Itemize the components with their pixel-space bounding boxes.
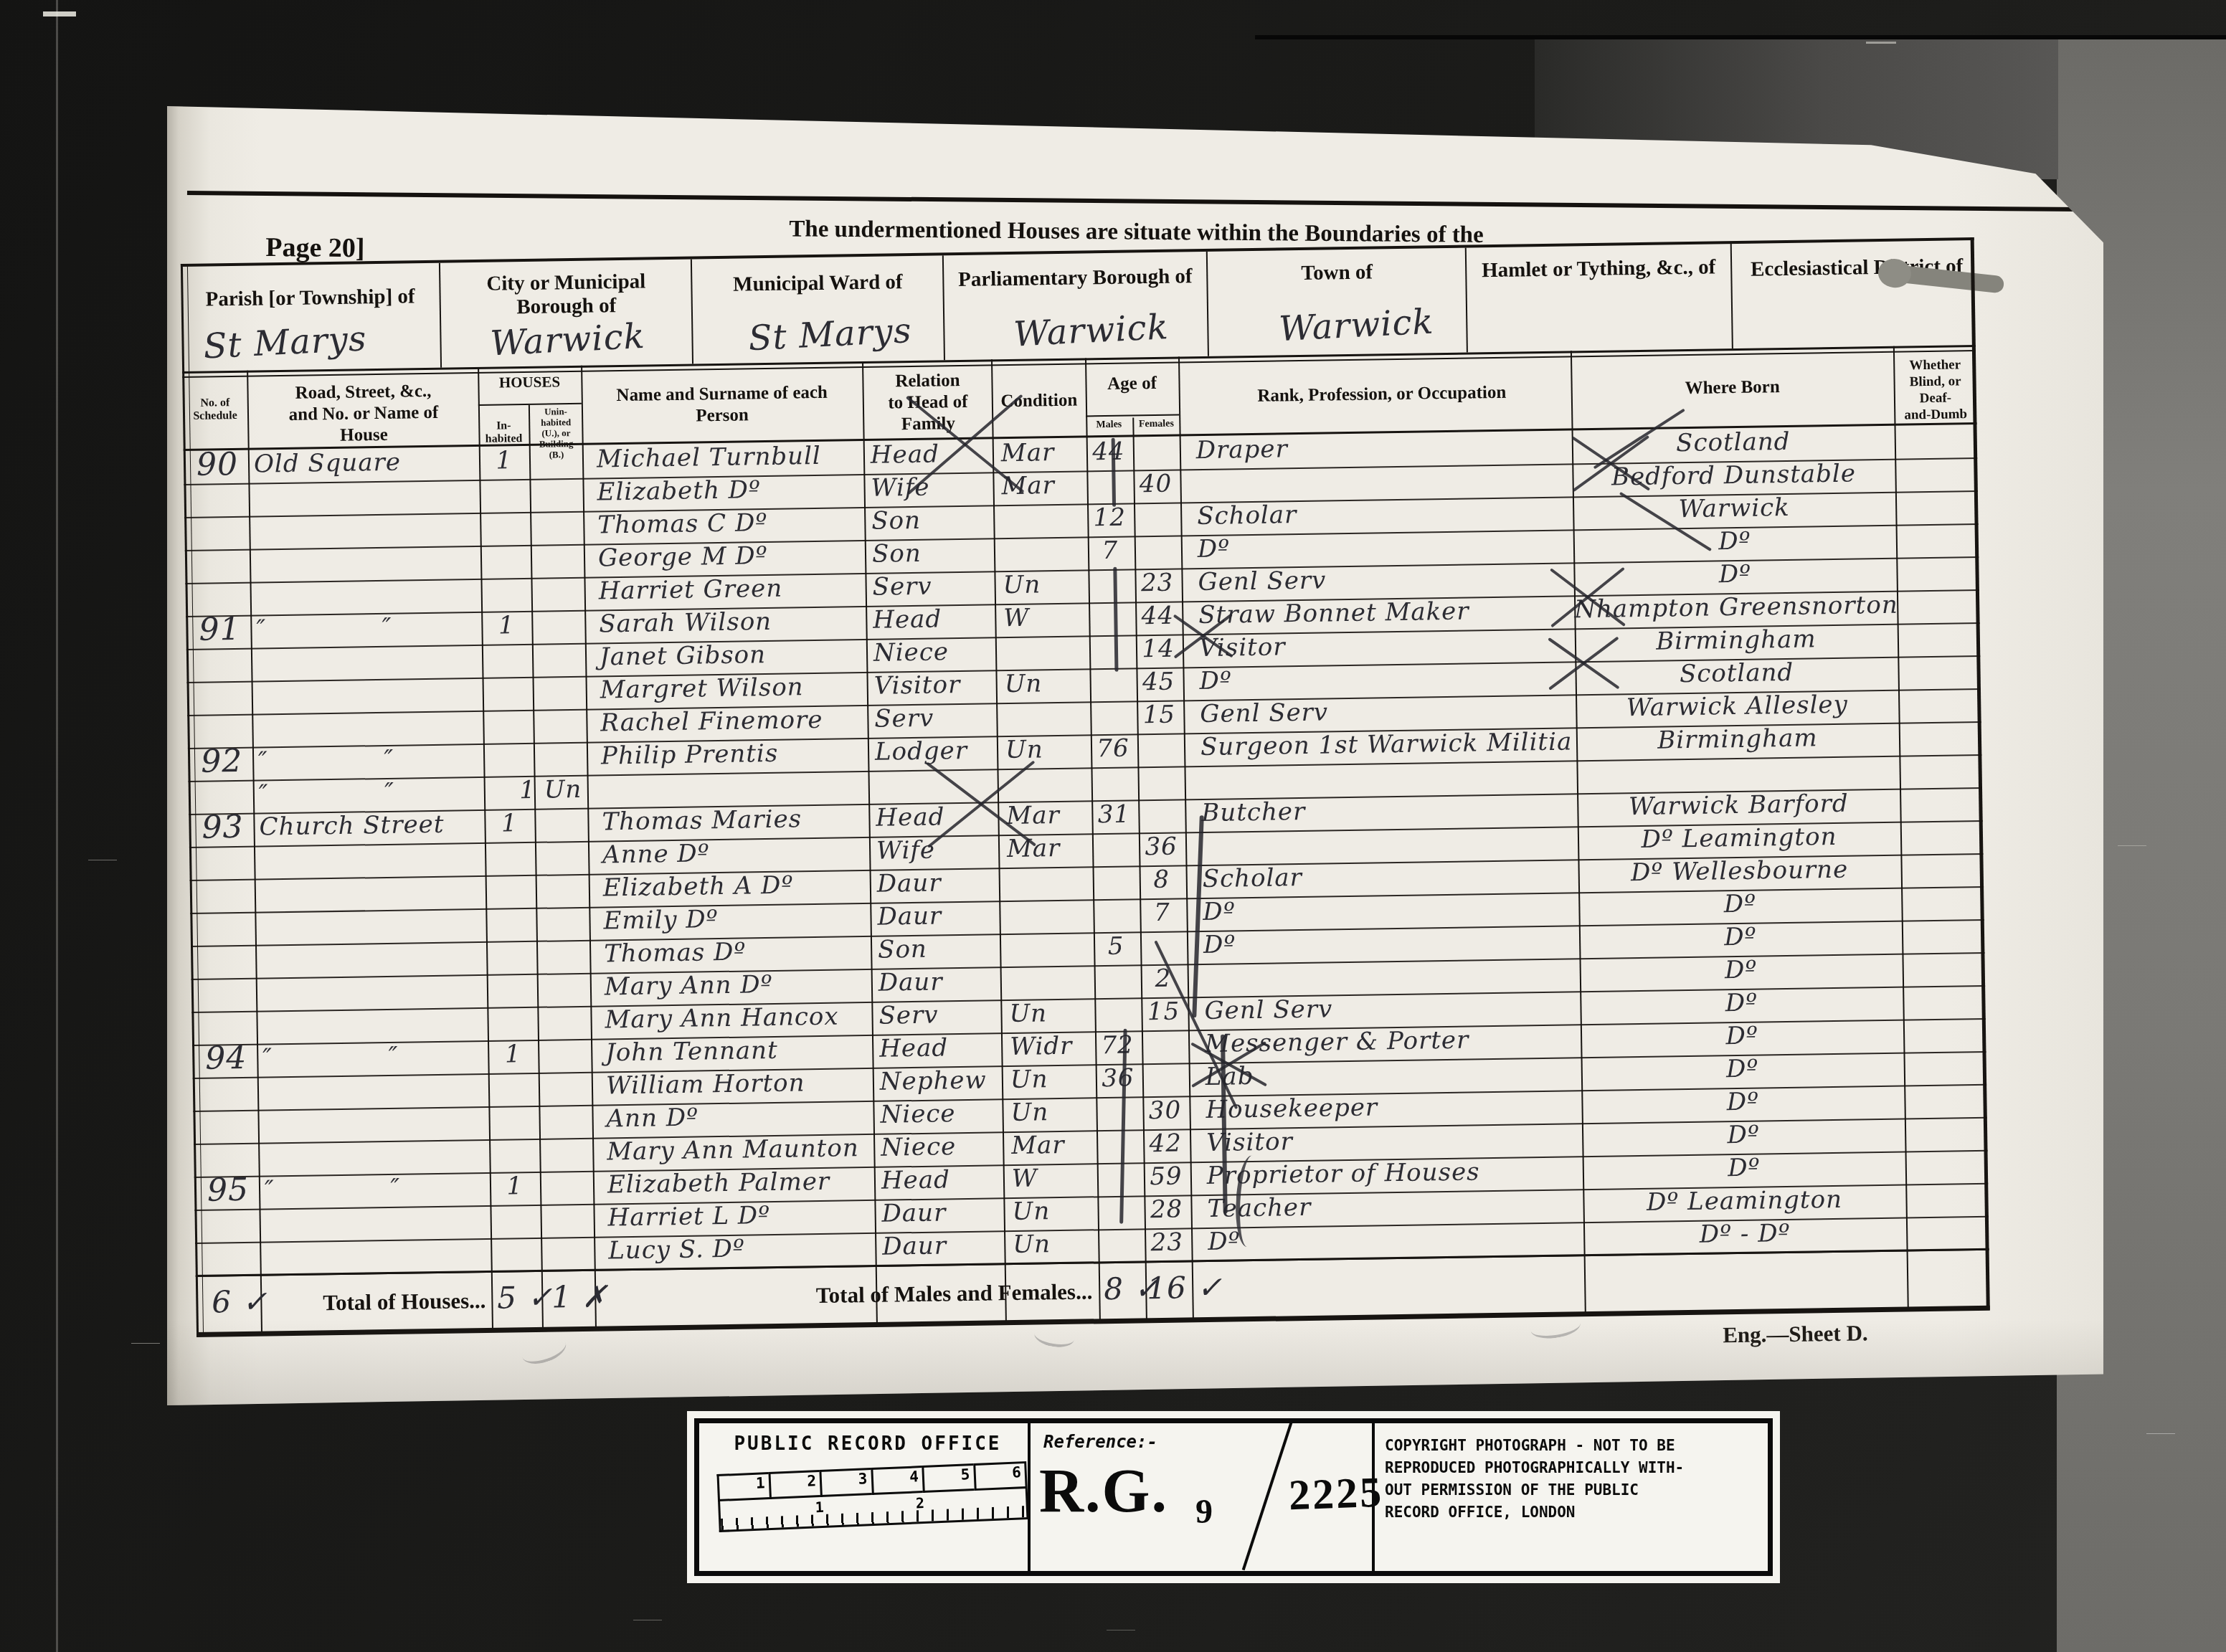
cell-uninhabited bbox=[498, 442, 595, 477]
cell-relation: Daur bbox=[878, 964, 997, 998]
cell-uninhabited bbox=[501, 706, 598, 741]
cell-schedule bbox=[189, 645, 252, 679]
cell-name: Elizabeth Dº bbox=[597, 471, 863, 508]
cell-uninhabited bbox=[504, 871, 601, 906]
cell-age-male: 7 bbox=[1088, 533, 1133, 566]
cell-relation: Nephew bbox=[880, 1063, 998, 1097]
cell-age-female bbox=[1135, 533, 1180, 566]
cell-age-female bbox=[1142, 1027, 1187, 1060]
cell-condition bbox=[1002, 500, 1084, 535]
cell-relation: Son bbox=[871, 502, 990, 536]
stamp-divider bbox=[1028, 1423, 1031, 1571]
cell-name: Harriet L Dº bbox=[607, 1197, 873, 1233]
pro-ruler: 1 2 3 4 5 6 1 2 bbox=[716, 1461, 1028, 1532]
cell-uninhabited bbox=[506, 1003, 602, 1038]
ruler-number: 5 bbox=[922, 1463, 974, 1493]
cell-name: Margret Wilson bbox=[600, 669, 866, 706]
boundary-value-city: Warwick bbox=[489, 316, 646, 364]
top-rule bbox=[187, 191, 2080, 212]
cell-born: Dº bbox=[1583, 1149, 1906, 1187]
col-header-schedule: No. of Schedule bbox=[183, 397, 248, 423]
cell-condition: Un bbox=[1010, 1061, 1093, 1096]
cell-born: Dº bbox=[1581, 1017, 1904, 1055]
cell-condition bbox=[1005, 698, 1087, 733]
cell-uninhabited bbox=[501, 673, 597, 708]
cell-uninhabited bbox=[504, 904, 601, 939]
cell-occupation bbox=[1200, 757, 1574, 796]
cell-occupation: Dº bbox=[1203, 922, 1577, 961]
cell-age-male bbox=[1097, 1126, 1142, 1160]
cell-age-male bbox=[1089, 599, 1134, 632]
cell-born: Dº bbox=[1581, 1050, 1904, 1088]
totals-mf-label: Total of Males and Females... bbox=[595, 1278, 1092, 1311]
cell-relation: Head bbox=[876, 799, 994, 833]
film-specks bbox=[43, 11, 76, 16]
grid-line bbox=[1730, 244, 1733, 348]
cell-born bbox=[1576, 753, 1900, 791]
cell-name bbox=[601, 768, 867, 804]
cell-age-female: 28 bbox=[1144, 1192, 1189, 1225]
cell-name: Janet Gibson bbox=[600, 636, 866, 673]
cell-uninhabited bbox=[499, 541, 596, 576]
cell-born: Warwick Barford bbox=[1577, 786, 1900, 824]
cell-occupation: Visitor bbox=[1199, 625, 1573, 664]
cell-age-male bbox=[1092, 863, 1137, 896]
cell-name: George M Dº bbox=[598, 537, 864, 574]
cell-occupation bbox=[1202, 823, 1576, 862]
cell-age-male: 44 bbox=[1086, 434, 1132, 467]
cell-age-male bbox=[1098, 1225, 1143, 1259]
cell-age-female bbox=[1138, 796, 1183, 830]
cell-born: Bedford Dunstable bbox=[1572, 456, 1895, 494]
cell-road bbox=[255, 510, 470, 546]
cell-age-male: 12 bbox=[1087, 500, 1132, 533]
cell-uninhabited bbox=[506, 1035, 603, 1070]
cell-uninhabited: 1 Un bbox=[502, 772, 599, 807]
cell-age-male: 72 bbox=[1095, 1027, 1140, 1061]
cell-born: Dº bbox=[1573, 522, 1897, 560]
cell-road bbox=[265, 1202, 480, 1238]
reference-piece: 9 bbox=[1195, 1492, 1213, 1532]
boundary-value-ward: St Marys bbox=[747, 310, 912, 359]
rule bbox=[1086, 414, 1179, 417]
pro-office-title: PUBLIC RECORD OFFICE bbox=[699, 1433, 1036, 1455]
cell-relation: Daur bbox=[882, 1228, 1000, 1262]
cell-born: Dº Leamington bbox=[1583, 1182, 1906, 1220]
totals-inhabited: 5 ✓ bbox=[497, 1280, 554, 1316]
cell-age-female: 8 bbox=[1139, 862, 1184, 896]
cell-condition bbox=[1007, 863, 1089, 898]
cell-occupation: Messenger & Porter bbox=[1205, 1021, 1578, 1060]
cell-condition bbox=[1008, 962, 1091, 997]
cell-name: Thomas C Dº bbox=[597, 504, 863, 541]
col-header-females: Females bbox=[1134, 418, 1178, 430]
cell-uninhabited bbox=[507, 1068, 604, 1103]
cell-uninhabited bbox=[500, 607, 597, 642]
cell-age-female: 15 bbox=[1137, 697, 1182, 731]
totals-females: 16 ✓ bbox=[1147, 1270, 1223, 1306]
cell-condition: W bbox=[1012, 1160, 1094, 1195]
cell-name: Harriet Green bbox=[598, 570, 864, 607]
cell-born: Dº bbox=[1579, 918, 1903, 956]
cell-schedule bbox=[196, 1140, 259, 1174]
cell-born: Scotland bbox=[1575, 654, 1898, 692]
cell-name: Lucy S. Dº bbox=[608, 1230, 874, 1266]
cell-age-male bbox=[1089, 665, 1135, 698]
cell-schedule: 95 bbox=[197, 1173, 260, 1207]
cell-uninhabited bbox=[508, 1134, 605, 1169]
cell-name: Ann Dº bbox=[606, 1098, 872, 1134]
cell-age-female: 59 bbox=[1144, 1159, 1189, 1192]
cell-age-male bbox=[1094, 962, 1139, 995]
cell-born: Dº bbox=[1578, 885, 1902, 923]
cell-born: Dº Wellesbourne bbox=[1578, 852, 1901, 890]
cell-condition: Un bbox=[1012, 1193, 1094, 1228]
cell-age-female bbox=[1133, 434, 1178, 467]
cell-road bbox=[260, 906, 476, 941]
cell-age-female bbox=[1142, 1060, 1188, 1093]
cell-uninhabited bbox=[498, 475, 595, 510]
cell-condition: Un bbox=[1004, 665, 1086, 700]
cell-relation: Daur bbox=[876, 865, 995, 899]
cell-relation: Niece bbox=[873, 634, 992, 668]
grid-line bbox=[1465, 248, 1468, 353]
cell-age-female: 40 bbox=[1133, 467, 1178, 500]
cell-occupation: Genl Serv bbox=[1198, 559, 1571, 598]
cell-name: Sarah Wilson bbox=[599, 603, 865, 640]
pencil-mark bbox=[1033, 1324, 1076, 1350]
cell-occupation: Genl Serv bbox=[1204, 988, 1578, 1027]
cell-schedule: 93 bbox=[191, 810, 254, 844]
cell-age-female bbox=[1134, 500, 1179, 533]
cell-occupation: Scholar bbox=[1202, 856, 1576, 895]
cell-uninhabited bbox=[502, 739, 599, 774]
cell-name: Thomas Dº bbox=[604, 933, 870, 969]
cell-age-female: 42 bbox=[1143, 1126, 1188, 1159]
cell-born: Birmingham bbox=[1576, 720, 1900, 758]
cell-road bbox=[262, 972, 478, 1007]
reference-label: Reference:- bbox=[1043, 1432, 1157, 1452]
cell-age-male: 5 bbox=[1094, 929, 1139, 962]
cell-road bbox=[261, 939, 477, 974]
cell-occupation bbox=[1203, 955, 1577, 994]
cell-name: Mary Ann Dº bbox=[605, 966, 871, 1002]
ruler-number: 4 bbox=[871, 1466, 923, 1495]
cell-occupation: Proprietor of Houses bbox=[1207, 1153, 1581, 1192]
cell-schedule bbox=[197, 1206, 260, 1240]
cell-condition: Widr bbox=[1010, 1028, 1092, 1063]
cell-relation: Son bbox=[872, 535, 990, 569]
cell-relation: Visitor bbox=[873, 667, 992, 701]
cell-born: Birmingham bbox=[1575, 621, 1898, 659]
cell-uninhabited bbox=[503, 805, 600, 840]
cell-uninhabited bbox=[507, 1101, 604, 1136]
ruler-number: 2 bbox=[768, 1470, 820, 1499]
cell-road bbox=[255, 543, 471, 579]
cell-born: Dº bbox=[1573, 555, 1897, 593]
cell-occupation: Dº bbox=[1199, 658, 1573, 697]
cell-condition bbox=[1008, 929, 1091, 964]
page-number: Page 20] bbox=[265, 232, 365, 264]
cell-relation: Serv bbox=[874, 700, 993, 734]
cell-schedule bbox=[192, 843, 255, 877]
cell-condition: Un bbox=[1003, 566, 1085, 601]
cell-uninhabited bbox=[506, 970, 602, 1005]
col-header-rank: Rank, Profession, or Occupation bbox=[1195, 381, 1568, 408]
boundary-label-hamlet: Hamlet or Tything, &c., of bbox=[1474, 255, 1723, 283]
cell-age-female: 15 bbox=[1141, 994, 1186, 1027]
cell-name: Philip Prentis bbox=[601, 735, 867, 772]
cell-road: Church Street bbox=[259, 807, 475, 842]
cell-uninhabited bbox=[505, 937, 602, 972]
cell-schedule: 90 bbox=[186, 447, 249, 481]
col-header-name: Name and Surname of each Person bbox=[588, 381, 856, 429]
cell-age-female: 36 bbox=[1139, 829, 1184, 863]
cell-name: Anne Dº bbox=[602, 834, 868, 870]
cell-condition: Mar bbox=[1006, 797, 1089, 832]
film-edge-line bbox=[1255, 35, 2226, 39]
cell-relation: Head bbox=[879, 1030, 998, 1064]
grid-line bbox=[439, 263, 442, 368]
cell-relation: Niece bbox=[880, 1096, 998, 1130]
grid-line bbox=[1206, 252, 1209, 356]
cell-born: Dº bbox=[1582, 1116, 1905, 1154]
boundary-label-parish: Parish [or Township] of bbox=[181, 285, 439, 312]
cell-occupation bbox=[1196, 460, 1570, 499]
cell-name: William Horton bbox=[606, 1065, 872, 1101]
cell-age-female: 14 bbox=[1136, 631, 1181, 665]
cell-road bbox=[257, 708, 473, 744]
cell-relation: Daur bbox=[877, 898, 995, 932]
cell-name: Elizabeth Palmer bbox=[607, 1164, 873, 1200]
film-scratch bbox=[56, 0, 58, 1652]
cell-age-male bbox=[1088, 566, 1133, 599]
cell-road bbox=[265, 1235, 481, 1271]
cell-schedule: 92 bbox=[191, 744, 253, 778]
pencil-mark bbox=[518, 1331, 570, 1369]
cell-age-male bbox=[1091, 764, 1136, 797]
cell-schedule bbox=[188, 579, 250, 613]
cell-road: ″ ″ bbox=[265, 1169, 480, 1205]
cell-schedule bbox=[189, 678, 252, 712]
cell-uninhabited bbox=[501, 640, 597, 675]
cell-road bbox=[257, 642, 473, 678]
cell-age-male: 31 bbox=[1091, 797, 1137, 830]
cell-road bbox=[262, 1005, 478, 1040]
cell-road bbox=[264, 1136, 480, 1172]
cell-occupation: Butcher bbox=[1201, 790, 1575, 829]
cell-age-male bbox=[1096, 1093, 1141, 1127]
cell-age-male bbox=[1093, 896, 1138, 929]
cell-born: Dº bbox=[1580, 984, 1903, 1022]
cell-condition: Un bbox=[1010, 1094, 1093, 1129]
cell-relation: Daur bbox=[881, 1195, 1000, 1229]
col-header-born: Where Born bbox=[1571, 375, 1893, 402]
cell-age-female bbox=[1137, 730, 1183, 764]
cell-occupation: Lab bbox=[1206, 1054, 1579, 1093]
cell-occupation: Genl Serv bbox=[1200, 691, 1573, 730]
cell-age-female: 45 bbox=[1136, 664, 1181, 698]
census-scan-page: { "page": { "page_label": "Page 20]", "s… bbox=[0, 0, 2226, 1652]
cell-relation: Head bbox=[873, 601, 991, 635]
census-table: Parish [or Township] of City or Municipa… bbox=[181, 237, 1991, 1400]
cell-occupation: Dº bbox=[1203, 889, 1576, 928]
cell-occupation: Dº bbox=[1198, 526, 1571, 565]
cell-schedule bbox=[190, 711, 252, 745]
cell-uninhabited bbox=[508, 1167, 605, 1202]
cell-age-female bbox=[1137, 763, 1183, 797]
pro-stamp: PUBLIC RECORD OFFICE 1 2 3 4 5 6 1 2 Ref… bbox=[687, 1411, 1780, 1583]
cell-age-male bbox=[1094, 994, 1140, 1028]
col-header-age: Age of bbox=[1085, 372, 1178, 395]
col-header-houses: HOUSES bbox=[478, 373, 581, 392]
cell-condition bbox=[1005, 764, 1088, 799]
cell-condition bbox=[1003, 533, 1085, 568]
cell-name: Mary Ann Hancox bbox=[605, 999, 871, 1035]
cell-schedule bbox=[196, 1107, 258, 1141]
cell-relation: Son bbox=[878, 931, 996, 965]
grid-line bbox=[691, 260, 693, 364]
cell-age-male bbox=[1092, 830, 1137, 863]
cell-condition: Mar bbox=[1011, 1127, 1094, 1162]
ruler-number: 1 bbox=[716, 1472, 769, 1501]
boundary-label-parl: Parliamentary Borough of bbox=[951, 265, 1199, 292]
cell-relation: Wife bbox=[876, 832, 995, 866]
pro-stamp-box: PUBLIC RECORD OFFICE 1 2 3 4 5 6 1 2 Ref… bbox=[694, 1418, 1773, 1576]
cell-schedule bbox=[187, 513, 250, 547]
cell-road: ″ ″ bbox=[258, 741, 474, 777]
cell-road bbox=[255, 576, 471, 612]
cell-road bbox=[257, 675, 473, 711]
cell-age-male bbox=[1086, 467, 1132, 500]
cell-condition: Un bbox=[1005, 731, 1088, 766]
cell-age-male: 76 bbox=[1091, 731, 1136, 764]
copyright-notice: COPYRIGHT PHOTOGRAPH - NOT TO BE REPRODU… bbox=[1385, 1435, 1765, 1524]
cell-road: ″ ″ bbox=[256, 609, 472, 645]
cell-occupation: Surgeon 1st Warwick Militia bbox=[1200, 724, 1574, 763]
cell-relation: Lodger bbox=[875, 733, 993, 767]
cell-age-male bbox=[1089, 632, 1135, 665]
inch-number: 2 bbox=[916, 1494, 925, 1511]
boundary-value-town: Warwick bbox=[1278, 301, 1435, 349]
cell-occupation: Scholar bbox=[1197, 493, 1571, 532]
cell-born: Dº Leamington bbox=[1578, 819, 1901, 857]
rule bbox=[182, 350, 1976, 378]
reference-item: 2225 bbox=[1288, 1468, 1384, 1521]
col-header-road: Road, Street, &c., and No. or Name of Ho… bbox=[252, 380, 474, 448]
cell-relation: Niece bbox=[881, 1129, 999, 1163]
totals-schedule: 6 ✓ bbox=[212, 1283, 268, 1319]
cell-name: Emily Dº bbox=[603, 900, 869, 936]
cell-relation: Serv bbox=[878, 997, 997, 1031]
cell-relation: Serv bbox=[872, 568, 990, 602]
boundary-value-parish: St Marys bbox=[202, 318, 367, 366]
cell-schedule bbox=[198, 1239, 260, 1273]
grid-line bbox=[942, 255, 945, 360]
cell-schedule bbox=[194, 975, 257, 1009]
cell-schedule bbox=[193, 876, 255, 910]
cell-road bbox=[263, 1071, 479, 1106]
cell-condition: W bbox=[1003, 599, 1086, 634]
cell-name: Mary Ann Maunton bbox=[607, 1131, 873, 1167]
ruler-number: 6 bbox=[973, 1461, 1028, 1491]
boundary-label-ward: Municipal Ward of bbox=[699, 270, 936, 297]
cell-age-female: 7 bbox=[1140, 895, 1185, 929]
cell-name: Thomas Maries bbox=[602, 801, 868, 837]
totals-houses-label: Total of Houses... bbox=[266, 1288, 486, 1317]
col-header-males: Males bbox=[1086, 419, 1132, 431]
census-sheet: Page 20] The undermentioned Houses are s… bbox=[167, 106, 2103, 1405]
cell-occupation: Housekeeper bbox=[1206, 1087, 1579, 1126]
cell-schedule bbox=[191, 777, 254, 811]
inch-number: 1 bbox=[815, 1499, 824, 1516]
sheet-label: Eng.—Sheet D. bbox=[1723, 1320, 1868, 1348]
cell-occupation: Dº bbox=[1208, 1219, 1581, 1258]
cell-born: Nhampton Greensnorton bbox=[1574, 588, 1898, 626]
cell-born: Dº bbox=[1579, 951, 1903, 989]
cell-schedule: 94 bbox=[195, 1041, 257, 1075]
cell-age-male bbox=[1097, 1159, 1142, 1193]
cell-schedule bbox=[188, 546, 250, 580]
reference-slash bbox=[1242, 1423, 1293, 1571]
cell-road bbox=[260, 873, 476, 908]
cell-age-female: 23 bbox=[1145, 1225, 1190, 1258]
cell-schedule bbox=[193, 909, 255, 943]
col-header-relation: Relation to Head of Family bbox=[869, 369, 986, 435]
reference-series: R.G. bbox=[1039, 1455, 1168, 1527]
cell-name: Michael Turnbull bbox=[597, 438, 863, 475]
col-header-inhabited: In- habited bbox=[478, 419, 529, 446]
cell-uninhabited bbox=[503, 838, 600, 873]
cell-uninhabited bbox=[499, 574, 596, 609]
cell-condition bbox=[1004, 632, 1086, 667]
cell-born: Dº - Dº bbox=[1583, 1215, 1907, 1253]
cell-schedule bbox=[186, 480, 249, 514]
cell-occupation: Teacher bbox=[1207, 1186, 1581, 1225]
cell-road bbox=[263, 1103, 479, 1139]
cell-uninhabited bbox=[498, 508, 595, 543]
cell-condition: Un bbox=[1013, 1226, 1095, 1261]
cell-road bbox=[254, 477, 470, 513]
ruler-number: 3 bbox=[819, 1468, 871, 1497]
cell-schedule bbox=[196, 1074, 258, 1108]
cell-road bbox=[260, 840, 475, 875]
cell-uninhabited bbox=[508, 1200, 605, 1235]
cell-occupation: Draper bbox=[1196, 427, 1570, 466]
cell-schedule: 91 bbox=[189, 612, 251, 646]
cell-name: Elizabeth A Dº bbox=[603, 867, 869, 903]
cell-uninhabited bbox=[509, 1233, 606, 1268]
cell-road: ″ ″ bbox=[262, 1038, 478, 1073]
cell-born: Dº bbox=[1581, 1083, 1905, 1121]
cell-condition: Mar bbox=[1001, 435, 1084, 469]
cell-condition bbox=[1008, 896, 1090, 931]
cell-occupation: Straw Bonnet Maker bbox=[1198, 592, 1572, 631]
cell-road: ″ ″ bbox=[259, 774, 475, 810]
cell-age-female: 23 bbox=[1135, 565, 1180, 599]
cell-relation bbox=[875, 766, 993, 800]
cell-name: John Tennant bbox=[605, 1032, 871, 1068]
cell-age-male bbox=[1090, 698, 1135, 731]
cell-schedule bbox=[194, 942, 256, 976]
cell-age-female: 30 bbox=[1142, 1093, 1188, 1126]
boundary-label-city: City or Municipal Borough of bbox=[447, 270, 685, 321]
boundary-label-town: Town of bbox=[1215, 260, 1459, 287]
cell-name: Rachel Finemore bbox=[600, 702, 866, 739]
cell-road: Old Square bbox=[254, 444, 470, 480]
col-header-blind: Whether Blind, or Deaf- and-Dumb bbox=[1895, 356, 1976, 424]
cell-age-male: 36 bbox=[1096, 1060, 1141, 1094]
